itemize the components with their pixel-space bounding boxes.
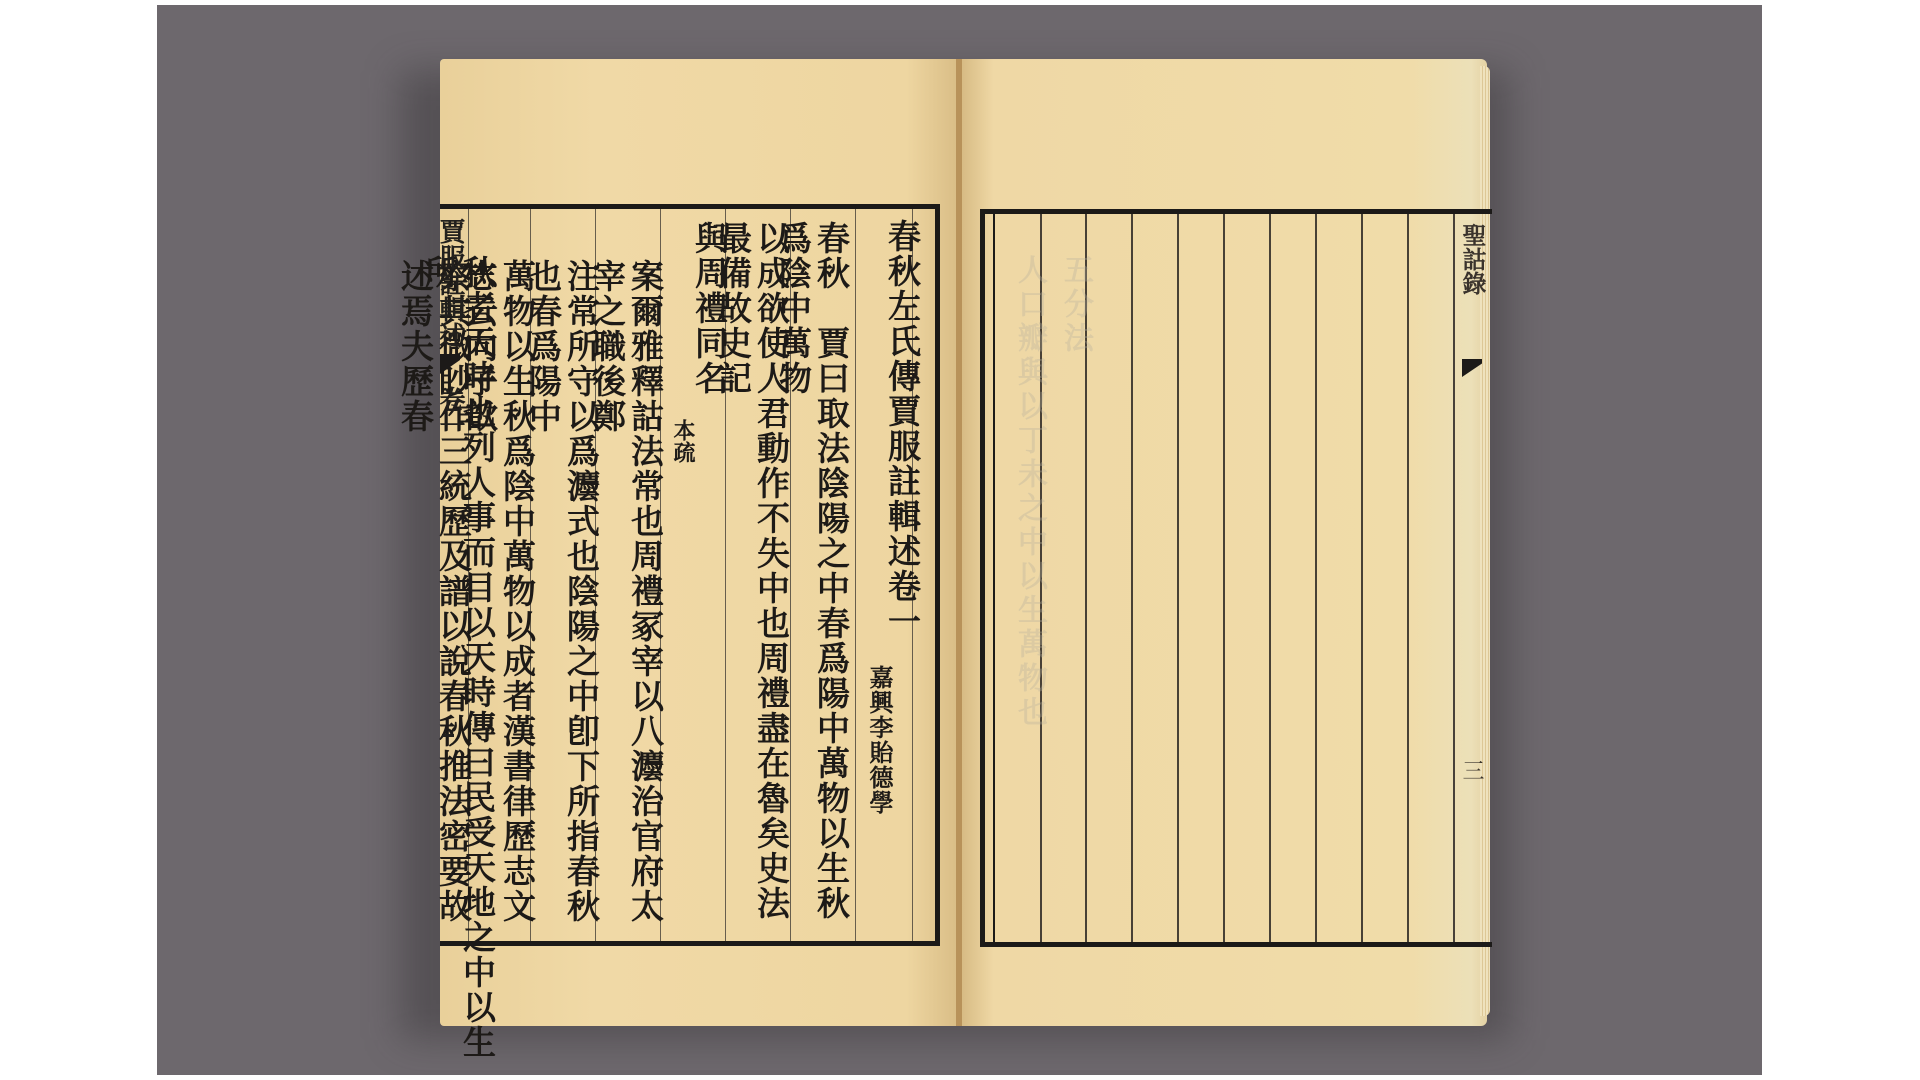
text-column-4: 案爾雅釋詁法常也周禮冢宰以八灋治官府太宰之職後鄭 [626,259,664,941]
column-rule [1177,214,1179,942]
margin-page-number: 三 [1462,759,1480,781]
left-page-margin: 賈服註輯述 卷一 [440,204,456,946]
fish-tail-mark-icon [1462,359,1482,377]
frame-inner-line [993,214,995,942]
column-rule [1407,214,1409,942]
margin-page-number [442,734,454,737]
annotation-note: 本疏 [672,419,694,463]
bleed-through-text: 五分法 [1053,254,1097,554]
left-page-text-frame: 春秋左氏傳賈服註輯述卷一 嘉興李貽德學 春秋 賈曰取法陰陽之中春爲陽中萬物以生秋… [440,204,940,946]
column-rule [1131,214,1133,942]
column-rule [1269,214,1271,942]
text-column-5: 注常所守以爲灋式也陰陽之中卽下所指春秋也春爲陽中 [562,259,600,941]
text-column-3: 與周禮同名 [690,221,728,396]
margin-volume: 卷一 [440,386,460,438]
text-column-8: 秋者天時也列人事而目以天時傳曰民受天地之中以生所 [458,255,496,1080]
column-rule [1361,214,1363,942]
text-column-6: 萬物以生秋爲陰中萬物以成者漢書律歷志文志云向子歆 [498,259,536,941]
bleed-through-text: 人口瓣與以丁未之中以生萬物也 [1007,254,1051,894]
column-rule [1223,214,1225,942]
column-rule [855,209,856,941]
right-page-margin: 聖詁錄 三 [1462,209,1484,947]
text-column-2: 以成欲使人君動作不失中也周禮盡在魯矣史法最備故史記 [752,221,790,941]
text-column-1: 春秋 賈曰取法陰陽之中春爲陽中萬物以生秋爲陰中萬物 [812,221,850,941]
margin-title: 聖詁錄 [1462,223,1482,295]
author-line: 嘉興李貽德學 [860,665,898,815]
column-rule [1453,214,1455,942]
right-page-ruled-frame: 人口瓣與以丁未之中以生萬物也 五分法 [980,209,1492,947]
book-title: 春秋左氏傳賈服註輯述卷一 [883,219,921,639]
margin-title: 賈服註輯述 [440,218,460,348]
column-rule [1315,214,1317,942]
